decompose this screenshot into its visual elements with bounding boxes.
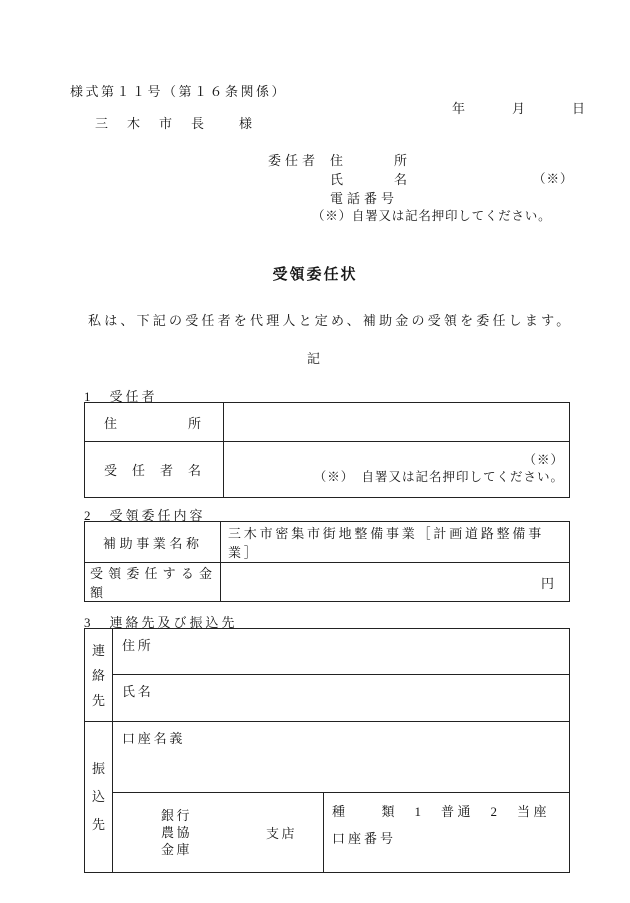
delegator-signature-note: （※）自署又は記名押印してください。	[312, 206, 551, 224]
subsidy-project-value: 三木市密集市街地整備事業［計画道路整備事業］	[221, 522, 570, 563]
contact-address-label: 住所	[113, 629, 570, 675]
table-row: 氏名	[85, 675, 570, 722]
account-name-label: 口座名義	[113, 722, 570, 793]
delegated-amount-unit: 円	[221, 563, 570, 602]
delegator-role-label: 委任者	[268, 150, 319, 169]
table-row: 受任者名 （※） （※） 自署又は記名押印してください。	[85, 442, 570, 498]
ki-label: 記	[0, 348, 630, 367]
branch-label: 支店	[266, 823, 297, 842]
recipient-address-value-area	[224, 403, 570, 442]
bank-branch-cell: 銀行 農協 金庫 支店	[113, 793, 324, 873]
transfer-group-label: 振 込 先	[85, 722, 113, 873]
subsidy-project-label: 補助事業名称	[85, 522, 221, 563]
contact-name-label: 氏名	[113, 675, 570, 722]
date-line: 年 月 日	[452, 98, 587, 117]
recipient-table: 住所 受任者名 （※） （※） 自署又は記名押印してください。	[84, 402, 570, 498]
addressee: 三 木 市 長 様	[95, 113, 255, 132]
document-title: 受領委任状	[0, 263, 630, 284]
recipient-address-label: 住所	[85, 403, 224, 442]
table-row: 銀行 農協 金庫 支店 種 類 1 普通 2 当座 口座番号	[85, 793, 570, 873]
account-type-options: 種 類 1 普通 2 当座	[332, 801, 561, 820]
table-row: 住所	[85, 403, 570, 442]
bank-type-options: 銀行 農協 金庫	[161, 807, 192, 858]
account-number-label: 口座番号	[332, 828, 561, 847]
delegator-address-label: 住 所	[330, 150, 410, 169]
recipient-signature-mark: （※）	[224, 452, 564, 469]
contact-transfer-table: 連 絡 先 住所 氏名 振 込 先 口座名義 銀行 農協 金庫 支店 種 類 1…	[84, 628, 570, 873]
table-row: 受領委任する金額 円	[85, 563, 570, 602]
recipient-name-label: 受任者名	[85, 442, 224, 498]
table-row: 振 込 先 口座名義	[85, 722, 570, 793]
delegated-amount-label: 受領委任する金額	[85, 563, 221, 602]
delegator-signature-mark: （※）	[533, 169, 574, 187]
table-row: 補助事業名称 三木市密集市街地整備事業［計画道路整備事業］	[85, 522, 570, 563]
account-type-cell: 種 類 1 普通 2 当座 口座番号	[324, 793, 570, 873]
delegator-phone-label: 電話番号	[330, 188, 398, 207]
delegation-content-table: 補助事業名称 三木市密集市街地整備事業［計画道路整備事業］ 受領委任する金額 円	[84, 521, 570, 602]
recipient-signature-note: （※） 自署又は記名押印してください。	[224, 469, 564, 486]
delegator-name-label: 氏 名	[330, 169, 410, 188]
document-page: 様式第１１号（第１６条関係） 年 月 日 三 木 市 長 様 委任者 住 所 氏…	[0, 0, 630, 903]
table-row: 連 絡 先 住所	[85, 629, 570, 675]
recipient-name-value-area: （※） （※） 自署又は記名押印してください。	[224, 442, 570, 498]
body-text: 私は、下記の受任者を代理人と定め、補助金の受領を委任します。	[88, 310, 572, 329]
form-number: 様式第１１号（第１６条関係）	[70, 81, 287, 100]
contact-group-label: 連 絡 先	[85, 629, 113, 722]
